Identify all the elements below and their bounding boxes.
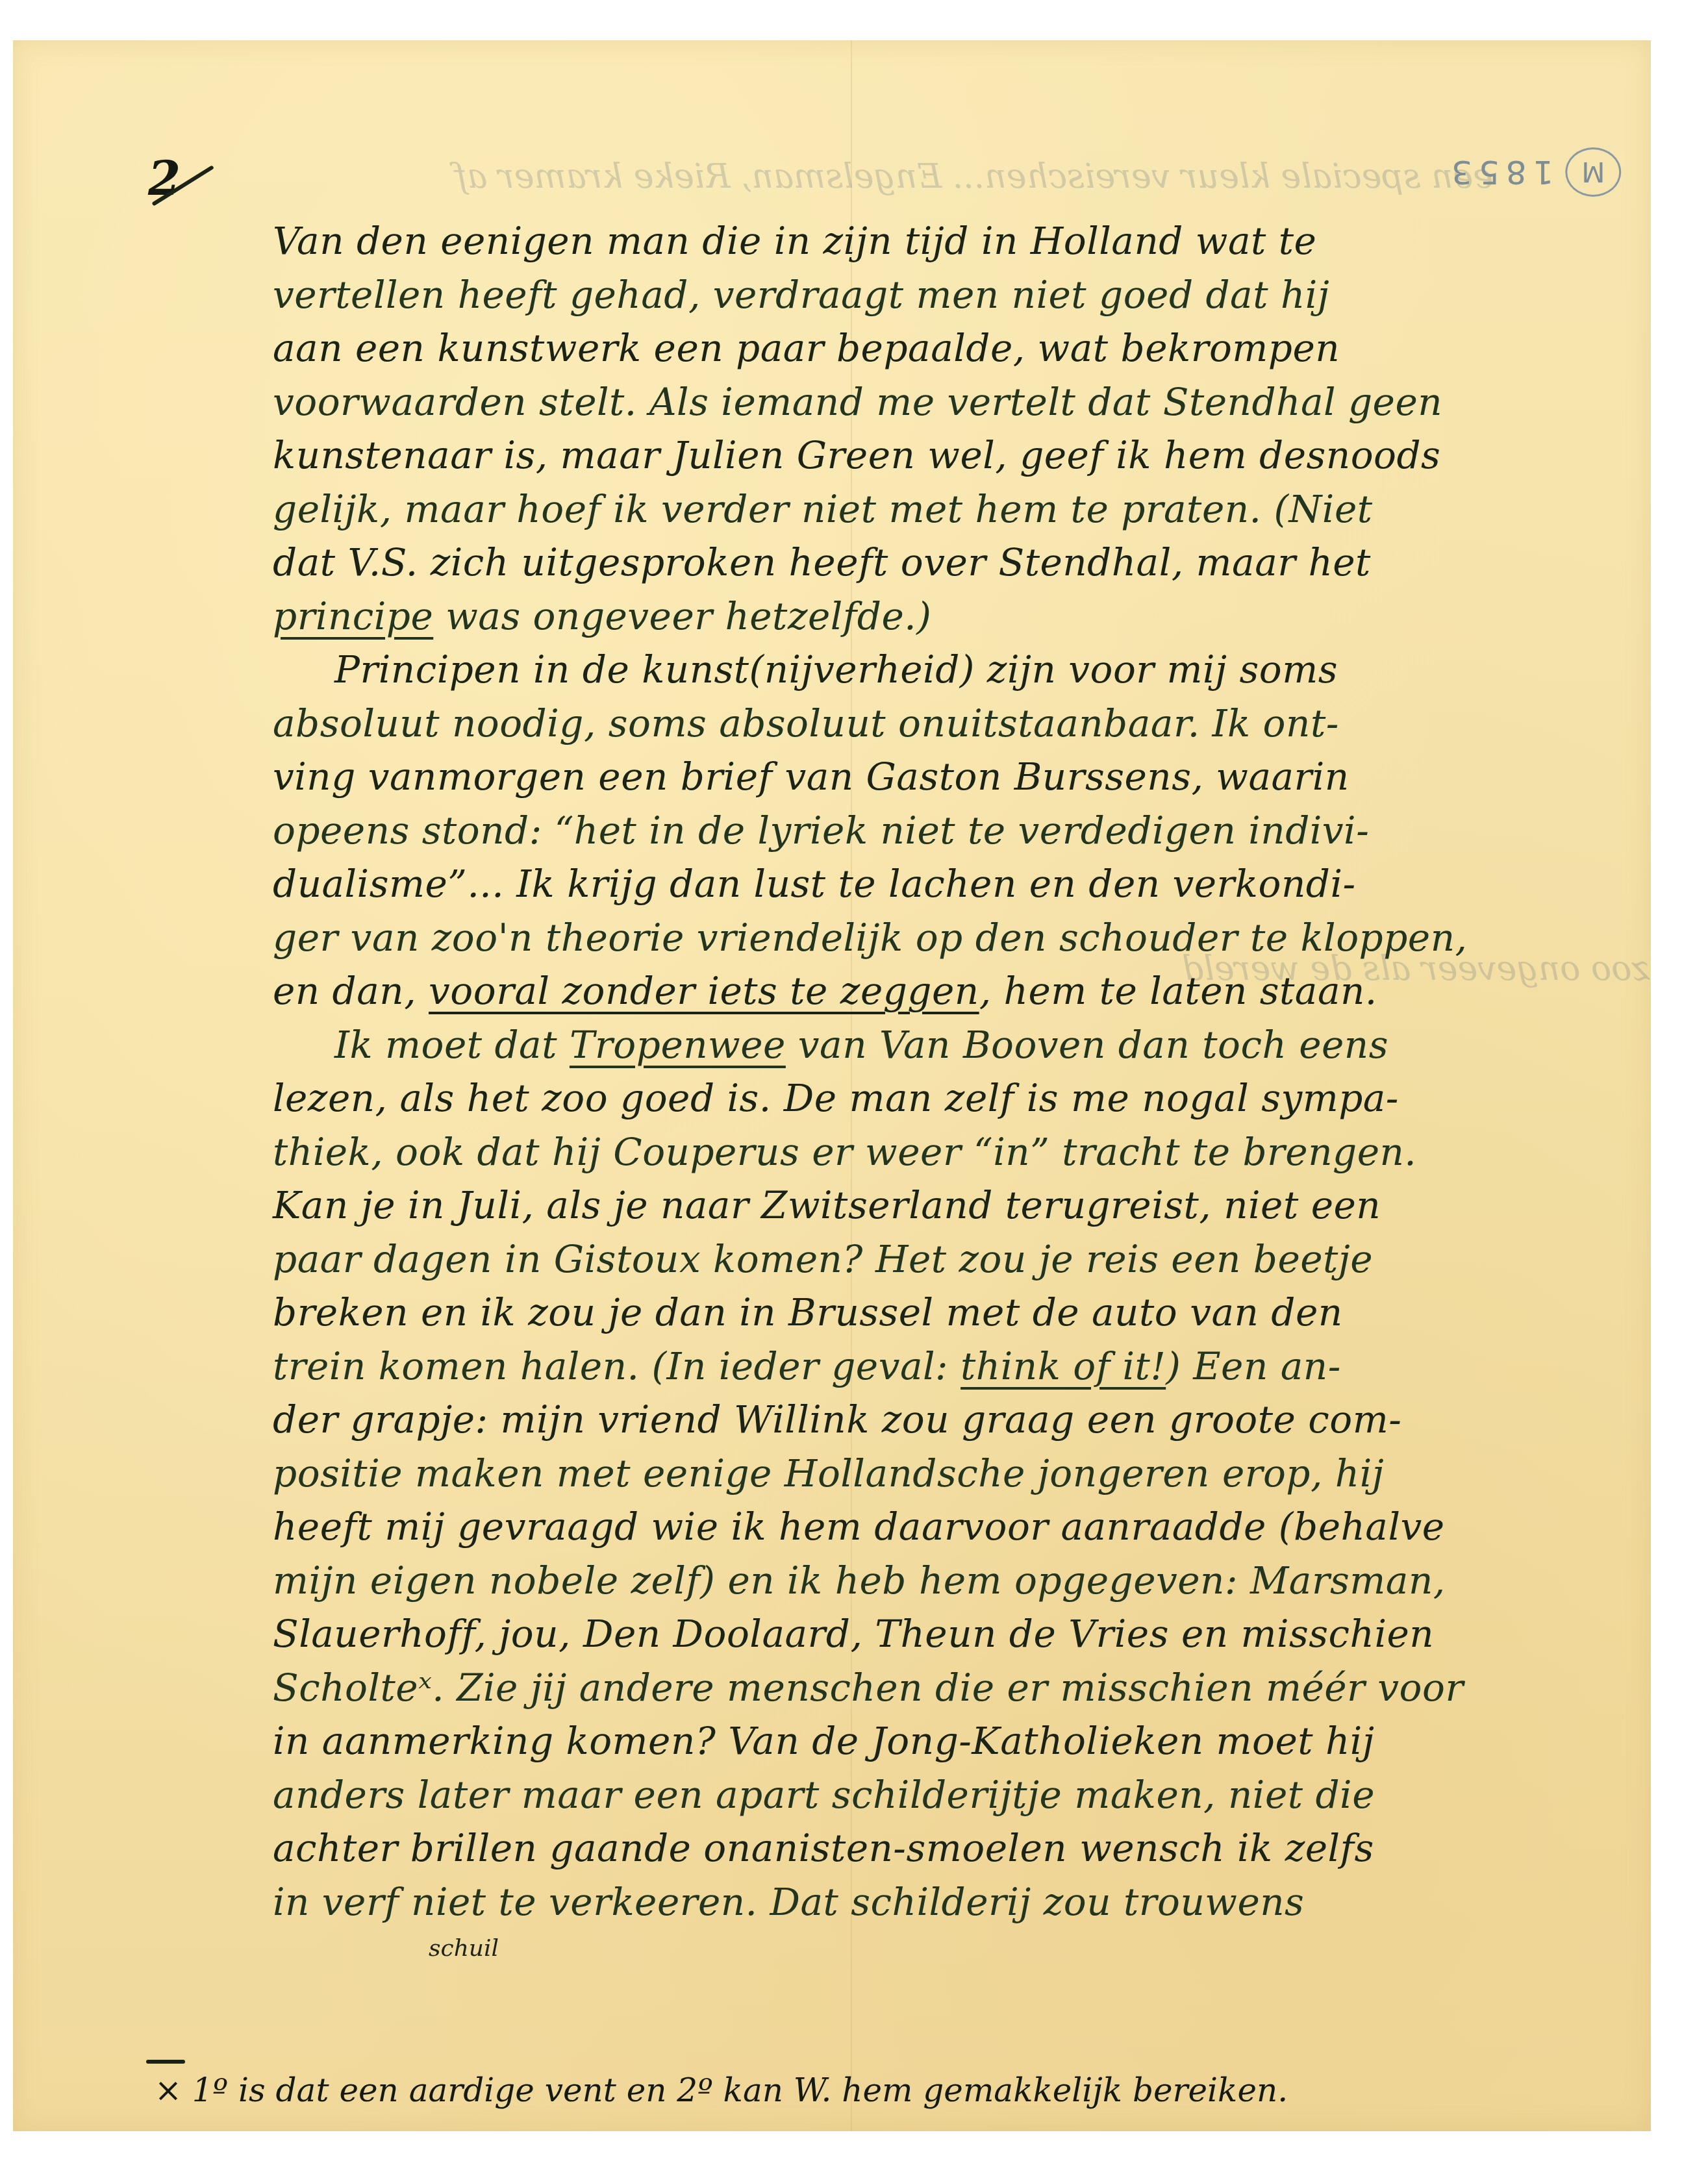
letter-line: gelijk, maar hoef ik verder niet met hem… (273, 482, 1643, 536)
letter-line: thiek, ook dat hij Couperus er weer “in”… (273, 1125, 1643, 1179)
letter-line: in aanmerking komen? Van de Jong-Katholi… (273, 1714, 1643, 1768)
footnote-rule (146, 2060, 185, 2064)
letter-line-start: en dan, (273, 969, 429, 1013)
underlined-phrase: vooral zonder iets te zeggen (429, 969, 979, 1013)
interlinear-insertion: schuil (429, 1935, 499, 1962)
footnote-marker: × (155, 2071, 182, 2109)
letter-line: voorwaarden stelt. Als iemand me vertelt… (273, 375, 1643, 429)
archive-stamp: M 1853 (1445, 147, 1621, 197)
footnote-text: 1º is dat een aardige vent en 2º kan W. … (192, 2071, 1288, 2109)
archive-number: 1853 (1445, 153, 1553, 191)
letter-line: Van den eenigen man die in zijn tijd in … (273, 214, 1643, 268)
letter-line: ving vanmorgen een brief van Gaston Burs… (273, 750, 1643, 804)
letter-line: aan een kunstwerk een paar bepaalde, wat… (273, 321, 1643, 375)
letter-line-rest: , hem te laten staan. (979, 969, 1377, 1013)
letter-line-rest: ) Een an- (1166, 1344, 1341, 1388)
paragraph-start-underlined: Ik moet dat Tropenwee van Van Booven dan… (273, 1018, 1643, 1072)
letter-line: dualisme”... Ik krijg dan lust te lachen… (273, 857, 1643, 911)
underlined-phrase: Tropenwee (570, 1023, 786, 1067)
letter-line: vertellen heeft gehad, verdraagt men nie… (273, 268, 1643, 322)
letter-line: Kan je in Juli, als je naar Zwitserland … (273, 1179, 1643, 1232)
letter-line: breken en ik zou je dan in Brussel met d… (273, 1286, 1643, 1340)
letter-line: der grapje: mijn vriend Willink zou graa… (273, 1393, 1643, 1447)
archive-monogram-icon: M (1565, 147, 1621, 197)
letter-line: mijn eigen nobele zelf) en ik heb hem op… (273, 1554, 1643, 1608)
letter-line: lezen, als het zoo goed is. De man zelf … (273, 1071, 1643, 1125)
letter-line: dat V.S. zich uitgesproken heeft over St… (273, 536, 1643, 590)
letter-line-rest: was ongeveer hetzelfde.) (433, 594, 931, 638)
letter-page: een speciale kleur vereischen... Engelsm… (13, 40, 1651, 2131)
letter-line: opeens stond: “het in de lyriek niet te … (273, 804, 1643, 858)
letter-line: achter brillen gaande onanisten-smoelen … (273, 1821, 1643, 1875)
letter-line: paar dagen in Gistoux komen? Het zou je … (273, 1232, 1643, 1286)
bleed-through-text: een speciale kleur vereischen... Engelsm… (455, 157, 1493, 196)
letter-line-underlined: en dan, vooral zonder iets te zeggen, he… (273, 964, 1643, 1018)
letter-line-underlined: principe was ongeveer hetzelfde.) (273, 590, 1643, 644)
letter-line: Scholteˣ. Zie jij andere menschen die er… (273, 1661, 1643, 1715)
letter-line-underlined: trein komen halen. (In ieder geval: thin… (273, 1340, 1643, 1394)
underlined-phrase: principe (273, 594, 433, 638)
letter-body: Van den eenigen man die in zijn tijd in … (273, 214, 1643, 1929)
letter-line: anders later maar een apart schilderijtj… (273, 1768, 1643, 1822)
letter-line-start: trein komen halen. (In ieder geval: (273, 1344, 961, 1388)
letter-line: heeft mij gevraagd wie ik hem daarvoor a… (273, 1500, 1643, 1554)
letter-line: in verf niet te verkeeren. Dat schilderi… (273, 1875, 1643, 1929)
letter-line: absoluut noodig, soms absoluut onuitstaa… (273, 697, 1643, 751)
letter-line: Slauerhoff, jou, Den Doolaard, Theun de … (273, 1607, 1643, 1661)
letter-line: positie maken met eenige Hollandsche jon… (273, 1447, 1643, 1501)
paragraph-start: Principen in de kunst(nijverheid) zijn v… (273, 643, 1643, 697)
letter-line: kunstenaar is, maar Julien Green wel, ge… (273, 429, 1643, 482)
letter-line-rest: van Van Booven dan toch eens (786, 1023, 1388, 1067)
letter-line: ger van zoo'n theorie vriendelijk op den… (273, 911, 1643, 965)
underlined-phrase: think of it! (961, 1344, 1166, 1388)
letter-line-start: Ik moet dat (334, 1023, 570, 1067)
footnote: × 1º is dat een aardige vent en 2º kan W… (155, 2071, 1288, 2109)
